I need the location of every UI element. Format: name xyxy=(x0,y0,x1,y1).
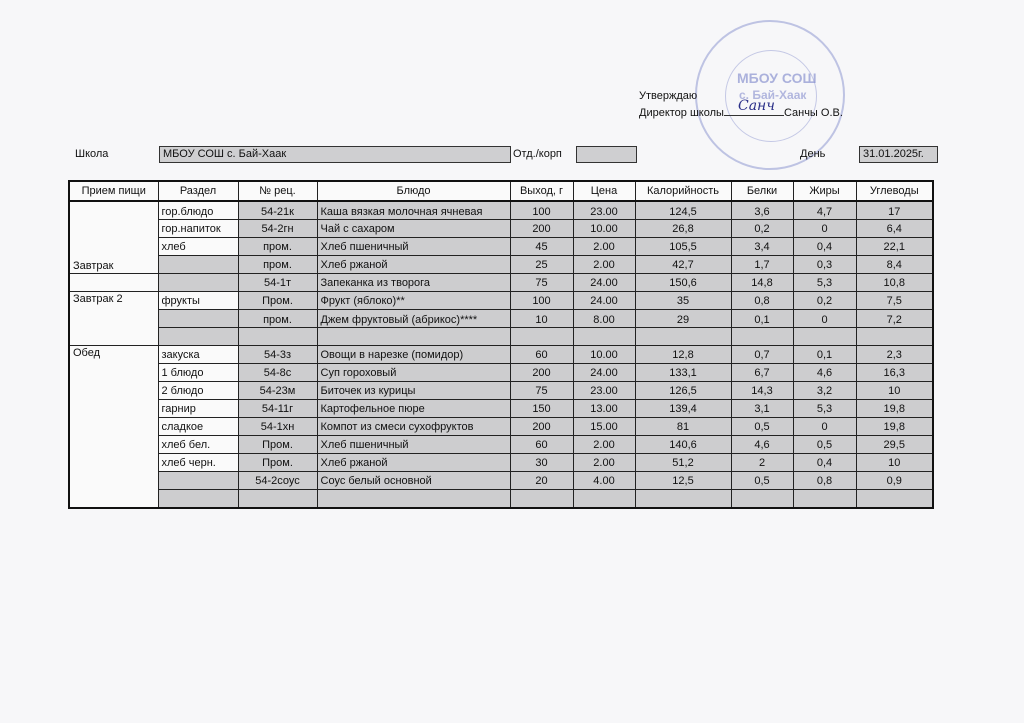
protein-cell: 14,3 xyxy=(731,382,793,400)
col-header-section: Раздел xyxy=(158,181,238,201)
weight-cell: 100 xyxy=(510,201,573,220)
dish-cell: Компот из смеси сухофруктов xyxy=(317,418,510,436)
recipe-cell: 54-11г xyxy=(238,400,317,418)
table-row xyxy=(69,490,933,509)
protein-cell: 0,5 xyxy=(731,472,793,490)
fat-cell: 0 xyxy=(793,310,856,328)
table-row: Обедзакуска54-3зОвощи в нарезке (помидор… xyxy=(69,346,933,364)
dish-cell xyxy=(317,328,510,346)
price-cell: 13.00 xyxy=(573,400,635,418)
fat-cell: 0,8 xyxy=(793,472,856,490)
table-header-row: Прием пищи Раздел № рец. Блюдо Выход, г … xyxy=(69,181,933,201)
col-header-recipe: № рец. xyxy=(238,181,317,201)
table-row: пром.Джем фруктовый (абрикос)****108.002… xyxy=(69,310,933,328)
school-field[interactable]: МБОУ СОШ с. Бай-Хаак xyxy=(159,146,511,163)
kcal-cell: 51,2 xyxy=(635,454,731,472)
price-cell: 23.00 xyxy=(573,382,635,400)
protein-cell xyxy=(731,328,793,346)
section-cell xyxy=(158,472,238,490)
fat-cell: 5,3 xyxy=(793,274,856,292)
kcal-cell xyxy=(635,328,731,346)
recipe-cell: пром. xyxy=(238,238,317,256)
table-row: хлеб бел.Пром.Хлеб пшеничный602.00140,64… xyxy=(69,436,933,454)
dish-cell: Запеканка из творога xyxy=(317,274,510,292)
meal-name-cell xyxy=(69,274,158,292)
weight-cell: 75 xyxy=(510,382,573,400)
weight-cell: 200 xyxy=(510,364,573,382)
protein-cell: 0,8 xyxy=(731,292,793,310)
carbs-cell: 16,3 xyxy=(856,364,933,382)
col-header-protein: Белки xyxy=(731,181,793,201)
fat-cell: 0,5 xyxy=(793,436,856,454)
weight-cell: 200 xyxy=(510,220,573,238)
recipe-cell xyxy=(238,490,317,509)
dish-cell: Биточек из курицы xyxy=(317,382,510,400)
price-cell: 23.00 xyxy=(573,201,635,220)
dish-cell: Фрукт (яблоко)** xyxy=(317,292,510,310)
table-row: пром.Хлеб ржаной252.0042,71,70,38,4 xyxy=(69,256,933,274)
weight-cell: 30 xyxy=(510,454,573,472)
table-row: Завтракгор.блюдо54-21кКаша вязкая молочн… xyxy=(69,201,933,220)
section-cell: фрукты xyxy=(158,292,238,310)
recipe-cell: 54-2соус xyxy=(238,472,317,490)
director-name: Санчы О.В. xyxy=(784,107,843,119)
weight-cell: 25 xyxy=(510,256,573,274)
section-cell xyxy=(158,328,238,346)
table-row: гор.напиток54-2гнЧай с сахаром20010.0026… xyxy=(69,220,933,238)
dish-cell xyxy=(317,490,510,509)
fat-cell xyxy=(793,490,856,509)
carbs-cell: 10 xyxy=(856,382,933,400)
menu-table-body: Завтракгор.блюдо54-21кКаша вязкая молочн… xyxy=(69,201,933,508)
menu-table: Прием пищи Раздел № рец. Блюдо Выход, г … xyxy=(68,180,934,509)
dish-cell: Чай с сахаром xyxy=(317,220,510,238)
fat-cell: 0,3 xyxy=(793,256,856,274)
fat-cell: 0,2 xyxy=(793,292,856,310)
recipe-cell: 54-3з xyxy=(238,346,317,364)
price-cell: 4.00 xyxy=(573,472,635,490)
protein-cell: 3,6 xyxy=(731,201,793,220)
kcal-cell: 140,6 xyxy=(635,436,731,454)
price-cell: 24.00 xyxy=(573,274,635,292)
carbs-cell: 19,8 xyxy=(856,418,933,436)
dish-cell: Джем фруктовый (абрикос)**** xyxy=(317,310,510,328)
weight-cell: 45 xyxy=(510,238,573,256)
protein-cell: 14,8 xyxy=(731,274,793,292)
dish-cell: Хлеб ржаной xyxy=(317,256,510,274)
weight-cell: 100 xyxy=(510,292,573,310)
protein-cell: 2 xyxy=(731,454,793,472)
table-row: хлебпром.Хлеб пшеничный452.00105,53,40,4… xyxy=(69,238,933,256)
price-cell xyxy=(573,490,635,509)
kcal-cell: 105,5 xyxy=(635,238,731,256)
meal-name-cell: Завтрак 2 xyxy=(69,292,158,346)
dish-cell: Суп гороховый xyxy=(317,364,510,382)
dept-field[interactable] xyxy=(576,146,637,163)
fat-cell xyxy=(793,328,856,346)
section-cell: гор.напиток xyxy=(158,220,238,238)
carbs-cell: 19,8 xyxy=(856,400,933,418)
carbs-cell: 7,2 xyxy=(856,310,933,328)
kcal-cell: 126,5 xyxy=(635,382,731,400)
carbs-cell: 7,5 xyxy=(856,292,933,310)
price-cell: 24.00 xyxy=(573,364,635,382)
col-header-meal: Прием пищи xyxy=(69,181,158,201)
col-header-carbs: Углеводы xyxy=(856,181,933,201)
fat-cell: 4,6 xyxy=(793,364,856,382)
dish-cell: Соус белый основной xyxy=(317,472,510,490)
school-label: Школа xyxy=(75,148,108,160)
col-header-kcal: Калорийность xyxy=(635,181,731,201)
weight-cell: 200 xyxy=(510,418,573,436)
price-cell: 2.00 xyxy=(573,256,635,274)
table-row xyxy=(69,328,933,346)
kcal-cell: 150,6 xyxy=(635,274,731,292)
stamp-text-line1: МБОУ СОШ xyxy=(737,70,817,86)
kcal-cell: 26,8 xyxy=(635,220,731,238)
dept-label: Отд./корп xyxy=(513,148,562,160)
price-cell: 24.00 xyxy=(573,292,635,310)
table-row: 54-2соусСоус белый основной204.0012,50,5… xyxy=(69,472,933,490)
section-cell: хлеб xyxy=(158,238,238,256)
fat-cell: 0 xyxy=(793,418,856,436)
carbs-cell: 2,3 xyxy=(856,346,933,364)
fat-cell: 4,7 xyxy=(793,201,856,220)
fat-cell: 0,4 xyxy=(793,238,856,256)
section-cell: 2 блюдо xyxy=(158,382,238,400)
dish-cell: Хлеб пшеничный xyxy=(317,238,510,256)
protein-cell xyxy=(731,490,793,509)
protein-cell: 0,2 xyxy=(731,220,793,238)
table-row: Завтрак 2фруктыПром.Фрукт (яблоко)**1002… xyxy=(69,292,933,310)
price-cell: 10.00 xyxy=(573,220,635,238)
kcal-cell: 42,7 xyxy=(635,256,731,274)
recipe-cell: 54-1т xyxy=(238,274,317,292)
carbs-cell xyxy=(856,490,933,509)
carbs-cell: 0,9 xyxy=(856,472,933,490)
kcal-cell: 139,4 xyxy=(635,400,731,418)
recipe-cell xyxy=(238,328,317,346)
carbs-cell: 17 xyxy=(856,201,933,220)
price-cell: 15.00 xyxy=(573,418,635,436)
kcal-cell: 124,5 xyxy=(635,201,731,220)
fat-cell: 3,2 xyxy=(793,382,856,400)
price-cell: 2.00 xyxy=(573,436,635,454)
table-row: хлеб черн.Пром.Хлеб ржаной302.0051,220,4… xyxy=(69,454,933,472)
recipe-cell: 54-23м xyxy=(238,382,317,400)
protein-cell: 1,7 xyxy=(731,256,793,274)
kcal-cell: 29 xyxy=(635,310,731,328)
section-cell xyxy=(158,256,238,274)
carbs-cell: 8,4 xyxy=(856,256,933,274)
carbs-cell: 10 xyxy=(856,454,933,472)
carbs-cell: 10,8 xyxy=(856,274,933,292)
weight-cell: 75 xyxy=(510,274,573,292)
dish-cell: Хлеб пшеничный xyxy=(317,436,510,454)
carbs-cell: 29,5 xyxy=(856,436,933,454)
kcal-cell: 81 xyxy=(635,418,731,436)
protein-cell: 4,6 xyxy=(731,436,793,454)
section-cell: закуска xyxy=(158,346,238,364)
price-cell: 10.00 xyxy=(573,346,635,364)
col-header-dish: Блюдо xyxy=(317,181,510,201)
carbs-cell: 22,1 xyxy=(856,238,933,256)
carbs-cell: 6,4 xyxy=(856,220,933,238)
table-row: 2 блюдо54-23мБиточек из курицы7523.00126… xyxy=(69,382,933,400)
dish-cell: Картофельное пюре xyxy=(317,400,510,418)
weight-cell: 20 xyxy=(510,472,573,490)
weight-cell: 10 xyxy=(510,310,573,328)
col-header-price: Цена xyxy=(573,181,635,201)
recipe-cell: Пром. xyxy=(238,292,317,310)
section-cell xyxy=(158,310,238,328)
recipe-cell: 54-1хн xyxy=(238,418,317,436)
section-cell xyxy=(158,490,238,509)
protein-cell: 0,7 xyxy=(731,346,793,364)
weight-cell: 60 xyxy=(510,436,573,454)
section-cell: гарнир xyxy=(158,400,238,418)
price-cell xyxy=(573,328,635,346)
signature: Санч xyxy=(738,98,775,114)
recipe-cell: Пром. xyxy=(238,454,317,472)
weight-cell xyxy=(510,328,573,346)
recipe-cell: 54-2гн xyxy=(238,220,317,238)
weight-cell: 60 xyxy=(510,346,573,364)
director-label: Директор школы xyxy=(639,107,724,119)
section-cell: хлеб бел. xyxy=(158,436,238,454)
section-cell: 1 блюдо xyxy=(158,364,238,382)
table-row: сладкое54-1хнКомпот из смеси сухофруктов… xyxy=(69,418,933,436)
protein-cell: 6,7 xyxy=(731,364,793,382)
table-row: 1 блюдо54-8сСуп гороховый20024.00133,16,… xyxy=(69,364,933,382)
kcal-cell: 12,8 xyxy=(635,346,731,364)
dish-cell: Каша вязкая молочная ячневая xyxy=(317,201,510,220)
carbs-cell xyxy=(856,328,933,346)
fat-cell: 0,1 xyxy=(793,346,856,364)
protein-cell: 3,4 xyxy=(731,238,793,256)
section-cell: хлеб черн. xyxy=(158,454,238,472)
recipe-cell: Пром. xyxy=(238,436,317,454)
weight-cell: 150 xyxy=(510,400,573,418)
price-cell: 2.00 xyxy=(573,454,635,472)
price-cell: 2.00 xyxy=(573,238,635,256)
fat-cell: 0 xyxy=(793,220,856,238)
col-header-weight: Выход, г xyxy=(510,181,573,201)
meal-name-cell: Обед xyxy=(69,346,158,509)
recipe-cell: 54-8с xyxy=(238,364,317,382)
protein-cell: 3,1 xyxy=(731,400,793,418)
day-field[interactable]: 31.01.2025г. xyxy=(859,146,938,163)
kcal-cell: 133,1 xyxy=(635,364,731,382)
recipe-cell: пром. xyxy=(238,256,317,274)
kcal-cell xyxy=(635,490,731,509)
fat-cell: 5,3 xyxy=(793,400,856,418)
protein-cell: 0,1 xyxy=(731,310,793,328)
dish-cell: Овощи в нарезке (помидор) xyxy=(317,346,510,364)
table-row: гарнир54-11гКартофельное пюре15013.00139… xyxy=(69,400,933,418)
col-header-fat: Жиры xyxy=(793,181,856,201)
kcal-cell: 35 xyxy=(635,292,731,310)
day-label: День xyxy=(800,148,825,160)
meal-name-cell: Завтрак xyxy=(69,201,158,274)
price-cell: 8.00 xyxy=(573,310,635,328)
section-cell xyxy=(158,274,238,292)
weight-cell xyxy=(510,490,573,509)
dish-cell: Хлеб ржаной xyxy=(317,454,510,472)
protein-cell: 0,5 xyxy=(731,418,793,436)
recipe-cell: пром. xyxy=(238,310,317,328)
section-cell: сладкое xyxy=(158,418,238,436)
fat-cell: 0,4 xyxy=(793,454,856,472)
recipe-cell: 54-21к xyxy=(238,201,317,220)
kcal-cell: 12,5 xyxy=(635,472,731,490)
table-row: 54-1тЗапеканка из творога7524.00150,614,… xyxy=(69,274,933,292)
section-cell: гор.блюдо xyxy=(158,201,238,220)
